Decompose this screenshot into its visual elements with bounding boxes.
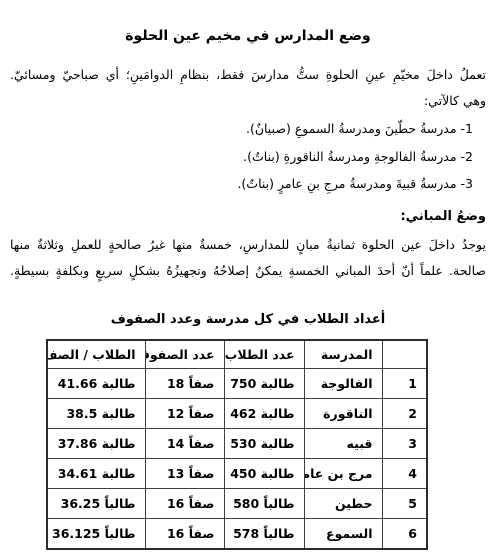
- table-row: 4 مرج بن عامر 450 طالبة 13 صفاً 34.61 طا…: [47, 458, 427, 488]
- school-name-cell: الفالوجة: [304, 368, 382, 398]
- classes-count-cell: 18 صفاً: [145, 368, 224, 398]
- classes-count-cell: 16 صفاً: [145, 488, 224, 518]
- students-count-cell: 750 طالبة: [224, 368, 304, 398]
- table-row: 2 الناقورة 462 طالبة 12 صفاً 38.5 طالبة: [47, 398, 427, 428]
- row-index: 3: [382, 428, 427, 458]
- ratio-cell: 36.125 طالباً: [47, 518, 145, 549]
- ratio-cell: 37.86 طالبة: [47, 428, 145, 458]
- ratio-cell: 34.61 طالبة: [47, 458, 145, 488]
- students-count-cell: 450 طالبة: [224, 458, 304, 488]
- students-table-caption: أعداد الطلاب في كل مدرسة وعدد الصفوف: [10, 310, 486, 330]
- students-count-cell: 580 طالباً: [224, 488, 304, 518]
- ratio-cell: 36.25 طالباً: [47, 488, 145, 518]
- intro-paragraph-line1: تعملُ داخلَ مخيّمِ عينِ الحلوةِ ستُّ مدا…: [10, 62, 486, 88]
- row-index: 2: [382, 398, 427, 428]
- table-header-index: [382, 340, 427, 369]
- table-row: 5 حطين 580 طالباً 16 صفاً 36.25 طالباً: [47, 488, 427, 518]
- school-name-cell: حطين: [304, 488, 382, 518]
- students-table: المدرسة عدد الطلاب عدد الصفوف الطلاب / ا…: [46, 339, 428, 550]
- row-index: 1: [382, 368, 427, 398]
- row-index: 6: [382, 518, 427, 549]
- school-name-cell: الناقورة: [304, 398, 382, 428]
- classes-count-cell: 13 صفاً: [145, 458, 224, 488]
- students-count-cell: 530 طالبة: [224, 428, 304, 458]
- ratio-cell: 41.66 طالبة: [47, 368, 145, 398]
- ratio-cell: 38.5 طالبة: [47, 398, 145, 428]
- classes-count-cell: 16 صفاً: [145, 518, 224, 549]
- list-item: 1- مدرسةُ حطّينَ ومدرسةُ السموعِ (صبيانٌ…: [10, 115, 473, 143]
- students-count-cell: 578 طالباً: [224, 518, 304, 549]
- table-row: 3 قبيه 530 طالبة 14 صفاً 37.86 طالبة: [47, 428, 427, 458]
- table-header-row: المدرسة عدد الطلاب عدد الصفوف الطلاب / ا…: [47, 340, 427, 369]
- row-index: 5: [382, 488, 427, 518]
- buildings-section-heading: وضعُ المباني:: [10, 204, 486, 230]
- table-row: 1 الفالوجة 750 طالبة 18 صفاً 41.66 طالبة: [47, 368, 427, 398]
- list-item: 2- مدرسةُ الفالوجةِ ومدرسةُ الناقورةِ (ب…: [10, 143, 473, 171]
- table-header-ratio: الطلاب / الصف: [47, 340, 145, 369]
- intro-paragraph-line2: وهي كالآتي:: [10, 88, 486, 114]
- school-name-cell: السموع: [304, 518, 382, 549]
- school-name-cell: مرج بن عامر: [304, 458, 382, 488]
- table-header-classes: عدد الصفوف: [145, 340, 224, 369]
- table-header-students: عدد الطلاب: [224, 340, 304, 369]
- table-header-school: المدرسة: [304, 340, 382, 369]
- row-index: 4: [382, 458, 427, 488]
- table-row: 6 السموع 578 طالباً 16 صفاً 36.125 طالبا…: [47, 518, 427, 549]
- students-count-cell: 462 طالبة: [224, 398, 304, 428]
- classes-count-cell: 14 صفاً: [145, 428, 224, 458]
- page-title: وضع المدارس في مخيم عين الحلوة: [10, 26, 486, 46]
- buildings-paragraph: يوجدُ داخلَ عين الحلوة ثمانيةُ مبانٍ للم…: [10, 232, 486, 284]
- list-item: 3- مدرسةُ قبيةَ ومدرسةُ مرجِ بنِ عامرٍ (…: [10, 170, 473, 198]
- school-name-cell: قبيه: [304, 428, 382, 458]
- classes-count-cell: 12 صفاً: [145, 398, 224, 428]
- schools-list: 1- مدرسةُ حطّينَ ومدرسةُ السموعِ (صبيانٌ…: [10, 115, 486, 198]
- document-page: وضع المدارس في مخيم عين الحلوة تعملُ داخ…: [0, 0, 500, 550]
